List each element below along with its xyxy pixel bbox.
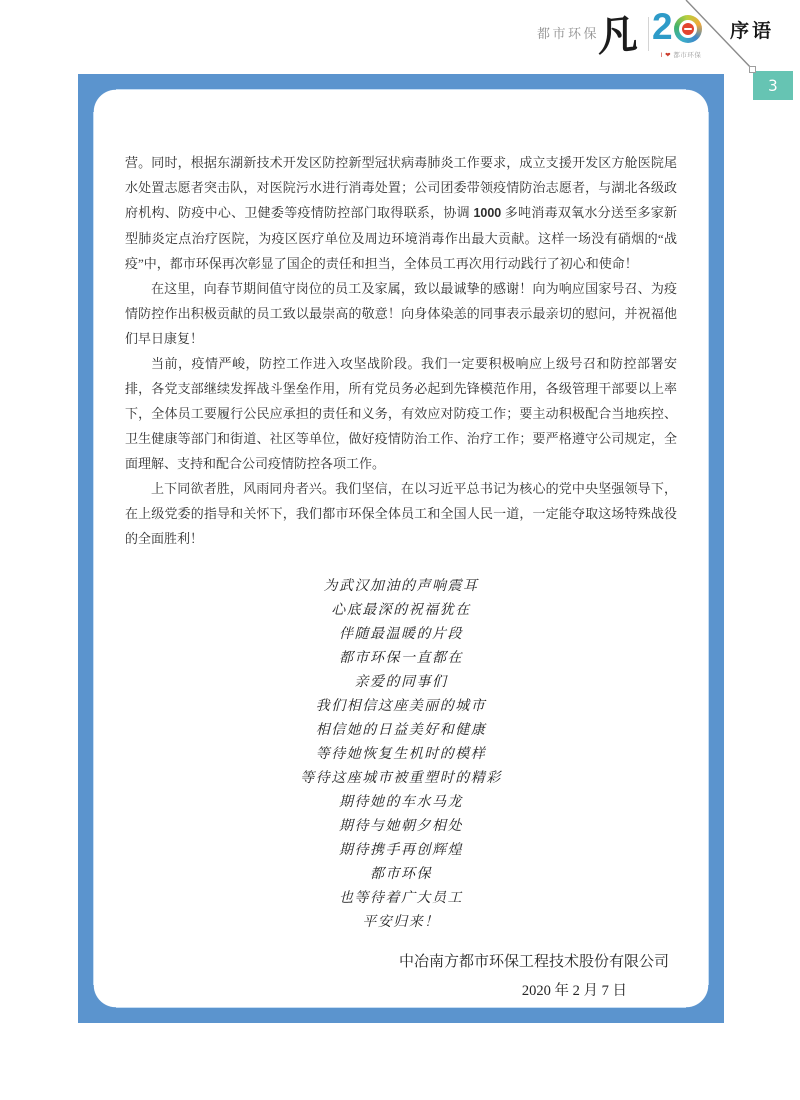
bold-number: 1000 [473,206,501,220]
poem-line: 平安归来！ [125,911,677,935]
logo-number-2: 2 [652,8,673,45]
poem-line: 伴随最温暖的片段 [125,623,677,647]
brand-text: 都市环保 [537,23,599,42]
signature-company: 中冶南方都市环保工程技术股份有限公司 [125,947,677,977]
page-number: 3 [768,76,778,95]
body-paragraph: 营。同时，根据东湖新技术开发区防控新型冠状病毒肺炎工作要求，成立支援开发区方舱医… [125,150,677,276]
signature-block: 中冶南方都市环保工程技术股份有限公司 2020 年 2 月 7 日 [125,947,677,1005]
section-label: 序语 [730,16,774,43]
poem-line: 都市环保一直都在 [125,647,677,671]
magazine-page: 都市环保 凡 2 I ❤ 都市环保 序语 3 营。同时，根据东湖新技术开发区防控… [0,0,800,1100]
paragraph-text: 上下同欲者胜，风雨同舟者兴。我们坚信，在以习近平总书记为核心的党中央坚强领导下，… [125,481,677,546]
signature-date: 2020 年 2 月 7 日 [125,977,677,1005]
paragraph-text: 当前，疫情严峻，防控工作进入攻坚战阶段。我们一定要积极响应上级号召和防控部署安排… [125,356,677,471]
poem-line: 心底最深的祝福犹在 [125,599,677,623]
poem-line: 等待她恢复生机时的模样 [125,743,677,767]
poem-line: 我们相信这座美丽的城市 [125,695,677,719]
poem-line: 期待与她朝夕相处 [125,815,677,839]
page-number-badge: 3 [753,71,793,100]
frame-corner-top-left [93,89,116,112]
poem-line: 也等待着广大员工 [125,887,677,911]
poem-line: 都市环保 [125,863,677,887]
poem: 为武汉加油的声响震耳心底最深的祝福犹在伴随最温暖的片段都市环保一直都在亲爱的同事… [125,575,677,935]
frame-corner-bottom-left [93,985,116,1008]
poem-line: 期待携手再创辉煌 [125,839,677,863]
poem-line: 期待她的车水马龙 [125,791,677,815]
header-divider [648,17,649,51]
body-paragraph: 在这里，向春节期间值守岗位的员工及家属，致以最诚挚的感谢！向为响应国家号召、为疫… [125,276,677,351]
frame-corner-top-right [686,89,709,112]
body-paragraph: 当前，疫情严峻，防控工作进入攻坚战阶段。我们一定要积极响应上级号召和防控部署安排… [125,351,677,476]
poem-line: 为武汉加油的声响震耳 [125,575,677,599]
paragraph-text: 在这里，向春节期间值守岗位的员工及家属，致以最诚挚的感谢！向为响应国家号召、为疫… [125,281,677,346]
body-paragraphs: 营。同时，根据东湖新技术开发区防控新型冠状病毒肺炎工作要求，成立支援开发区方舱医… [125,150,677,551]
frame-corner-bottom-right [686,985,709,1008]
line-end-square [749,66,756,73]
poem-line: 相信她的日益美好和健康 [125,719,677,743]
heart-icon: I ❤ [661,52,672,59]
poem-line: 等待这座城市被重塑时的精彩 [125,767,677,791]
calligraphy-logo-glyph: 凡 [598,2,638,63]
page-content: 营。同时，根据东湖新技术开发区防控新型冠状病毒肺炎工作要求，成立支援开发区方舱医… [125,150,677,1005]
body-paragraph: 上下同欲者胜，风雨同舟者兴。我们坚信，在以习近平总书记为核心的党中央坚强领导下，… [125,476,677,551]
poem-line: 亲爱的同事们 [125,671,677,695]
